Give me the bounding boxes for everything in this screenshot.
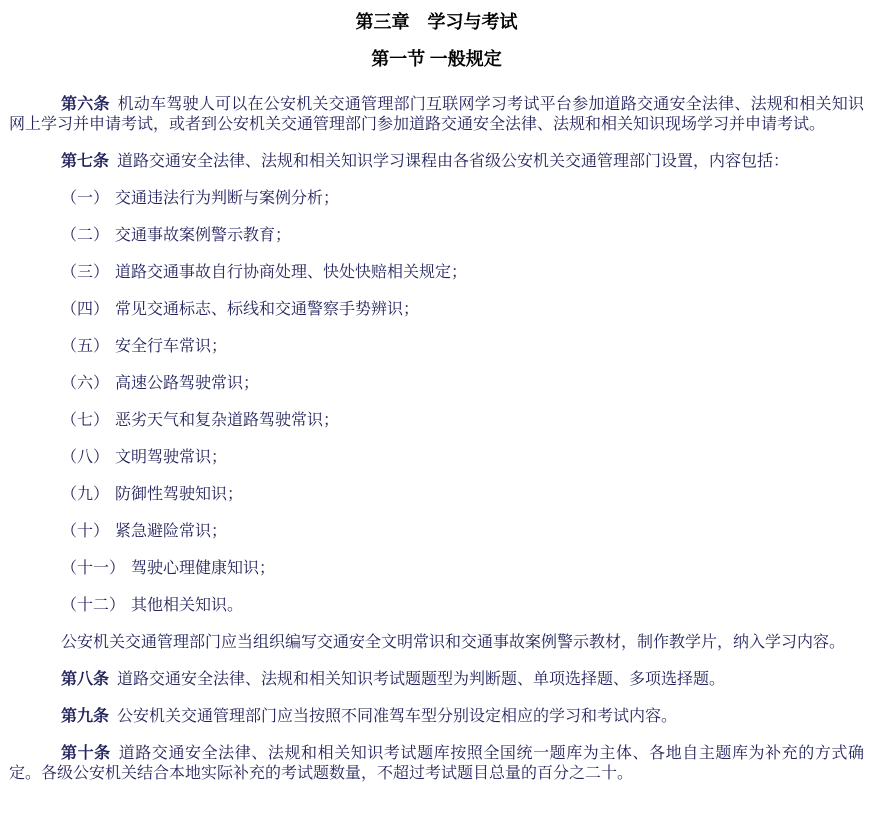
list-item-text: 紧急避险常识； — [115, 523, 227, 540]
list-item-text: 交通事故案例警示教育； — [115, 227, 291, 244]
closing-paragraph: 公安机关交通管理部门应当组织编写交通安全文明常识和交通事故案例警示教材，制作教学… — [9, 633, 864, 653]
section-title: 第一节 一般规定 — [9, 49, 864, 69]
document-page: 第三章 学习与考试 第一节 一般规定 第六条机动车驾驶人可以在公安机关交通管理部… — [0, 0, 876, 826]
list-item: （十二）其他相关知识。 — [9, 596, 864, 616]
list-item: （八）文明驾驶常识； — [9, 448, 864, 468]
list-item-text: 其他相关知识。 — [131, 597, 243, 614]
list-item-number: （一） — [61, 190, 109, 207]
list-item-text: 道路交通事故自行协商处理、快处快赔相关规定； — [115, 264, 467, 281]
article-8-label: 第八条 — [61, 671, 109, 688]
list-item-text: 交通违法行为判断与案例分析； — [115, 190, 339, 207]
list-item-number: （十） — [61, 523, 109, 540]
list-item-text: 驾驶心理健康知识； — [131, 560, 275, 577]
list-item: （二）交通事故案例警示教育； — [9, 226, 864, 246]
list-item-text: 高速公路驾驶常识； — [115, 375, 259, 392]
list-item-number: （六） — [61, 375, 109, 392]
list-item-number: （九） — [61, 486, 109, 503]
article-7-text: 道路交通安全法律、法规和相关知识学习课程由各省级公安机关交通管理部门设置，内容包… — [117, 153, 789, 170]
article-10: 第十条道路交通安全法律、法规和相关知识考试题库按照全国统一题库为主体、各地自主题… — [9, 744, 864, 784]
article-10-label: 第十条 — [61, 745, 111, 762]
list-item: （五）安全行车常识； — [9, 337, 864, 357]
list-item-text: 常见交通标志、标线和交通警察手势辨识； — [115, 301, 419, 318]
article-7: 第七条道路交通安全法律、法规和相关知识学习课程由各省级公安机关交通管理部门设置，… — [9, 152, 864, 172]
list-item-number: （十一） — [61, 560, 125, 577]
list-item: （十一）驾驶心理健康知识； — [9, 559, 864, 579]
article-6-text: 机动车驾驶人可以在公安机关交通管理部门互联网学习考试平台参加道路交通安全法律、法… — [9, 96, 864, 133]
article-8-text: 道路交通安全法律、法规和相关知识考试题题型为判断题、单项选择题、多项选择题。 — [117, 671, 725, 688]
list-item: （九）防御性驾驶知识； — [9, 485, 864, 505]
list-item: （三）道路交通事故自行协商处理、快处快赔相关规定； — [9, 263, 864, 283]
article-9-text: 公安机关交通管理部门应当按照不同准驾车型分别设定相应的学习和考试内容。 — [117, 708, 677, 725]
list-item: （十）紧急避险常识； — [9, 522, 864, 542]
article-10-text: 道路交通安全法律、法规和相关知识考试题库按照全国统一题库为主体、各地自主题库为补… — [9, 745, 864, 782]
chapter-title: 第三章 学习与考试 — [9, 12, 864, 32]
list-item-number: （八） — [61, 449, 109, 466]
list-item: （一）交通违法行为判断与案例分析； — [9, 189, 864, 209]
article-9-label: 第九条 — [61, 708, 109, 725]
article-6: 第六条机动车驾驶人可以在公安机关交通管理部门互联网学习考试平台参加道路交通安全法… — [9, 95, 864, 135]
list-item-text: 防御性驾驶知识； — [115, 486, 243, 503]
list-item-text: 安全行车常识； — [115, 338, 227, 355]
list-item-number: （三） — [61, 264, 109, 281]
list-item-number: （五） — [61, 338, 109, 355]
article-9: 第九条公安机关交通管理部门应当按照不同准驾车型分别设定相应的学习和考试内容。 — [9, 707, 864, 727]
list-item-text: 文明驾驶常识； — [115, 449, 227, 466]
list-item-number: （七） — [61, 412, 109, 429]
list-item-text: 恶劣天气和复杂道路驾驶常识； — [115, 412, 339, 429]
list-item: （四）常见交通标志、标线和交通警察手势辨识； — [9, 300, 864, 320]
list-item-number: （二） — [61, 227, 109, 244]
article-7-label: 第七条 — [61, 153, 109, 170]
list-item: （六）高速公路驾驶常识； — [9, 374, 864, 394]
list-item: （七）恶劣天气和复杂道路驾驶常识； — [9, 411, 864, 431]
list-item-number: （四） — [61, 301, 109, 318]
list-item-number: （十二） — [61, 597, 125, 614]
article-8: 第八条道路交通安全法律、法规和相关知识考试题题型为判断题、单项选择题、多项选择题… — [9, 670, 864, 690]
article-6-label: 第六条 — [61, 96, 110, 113]
